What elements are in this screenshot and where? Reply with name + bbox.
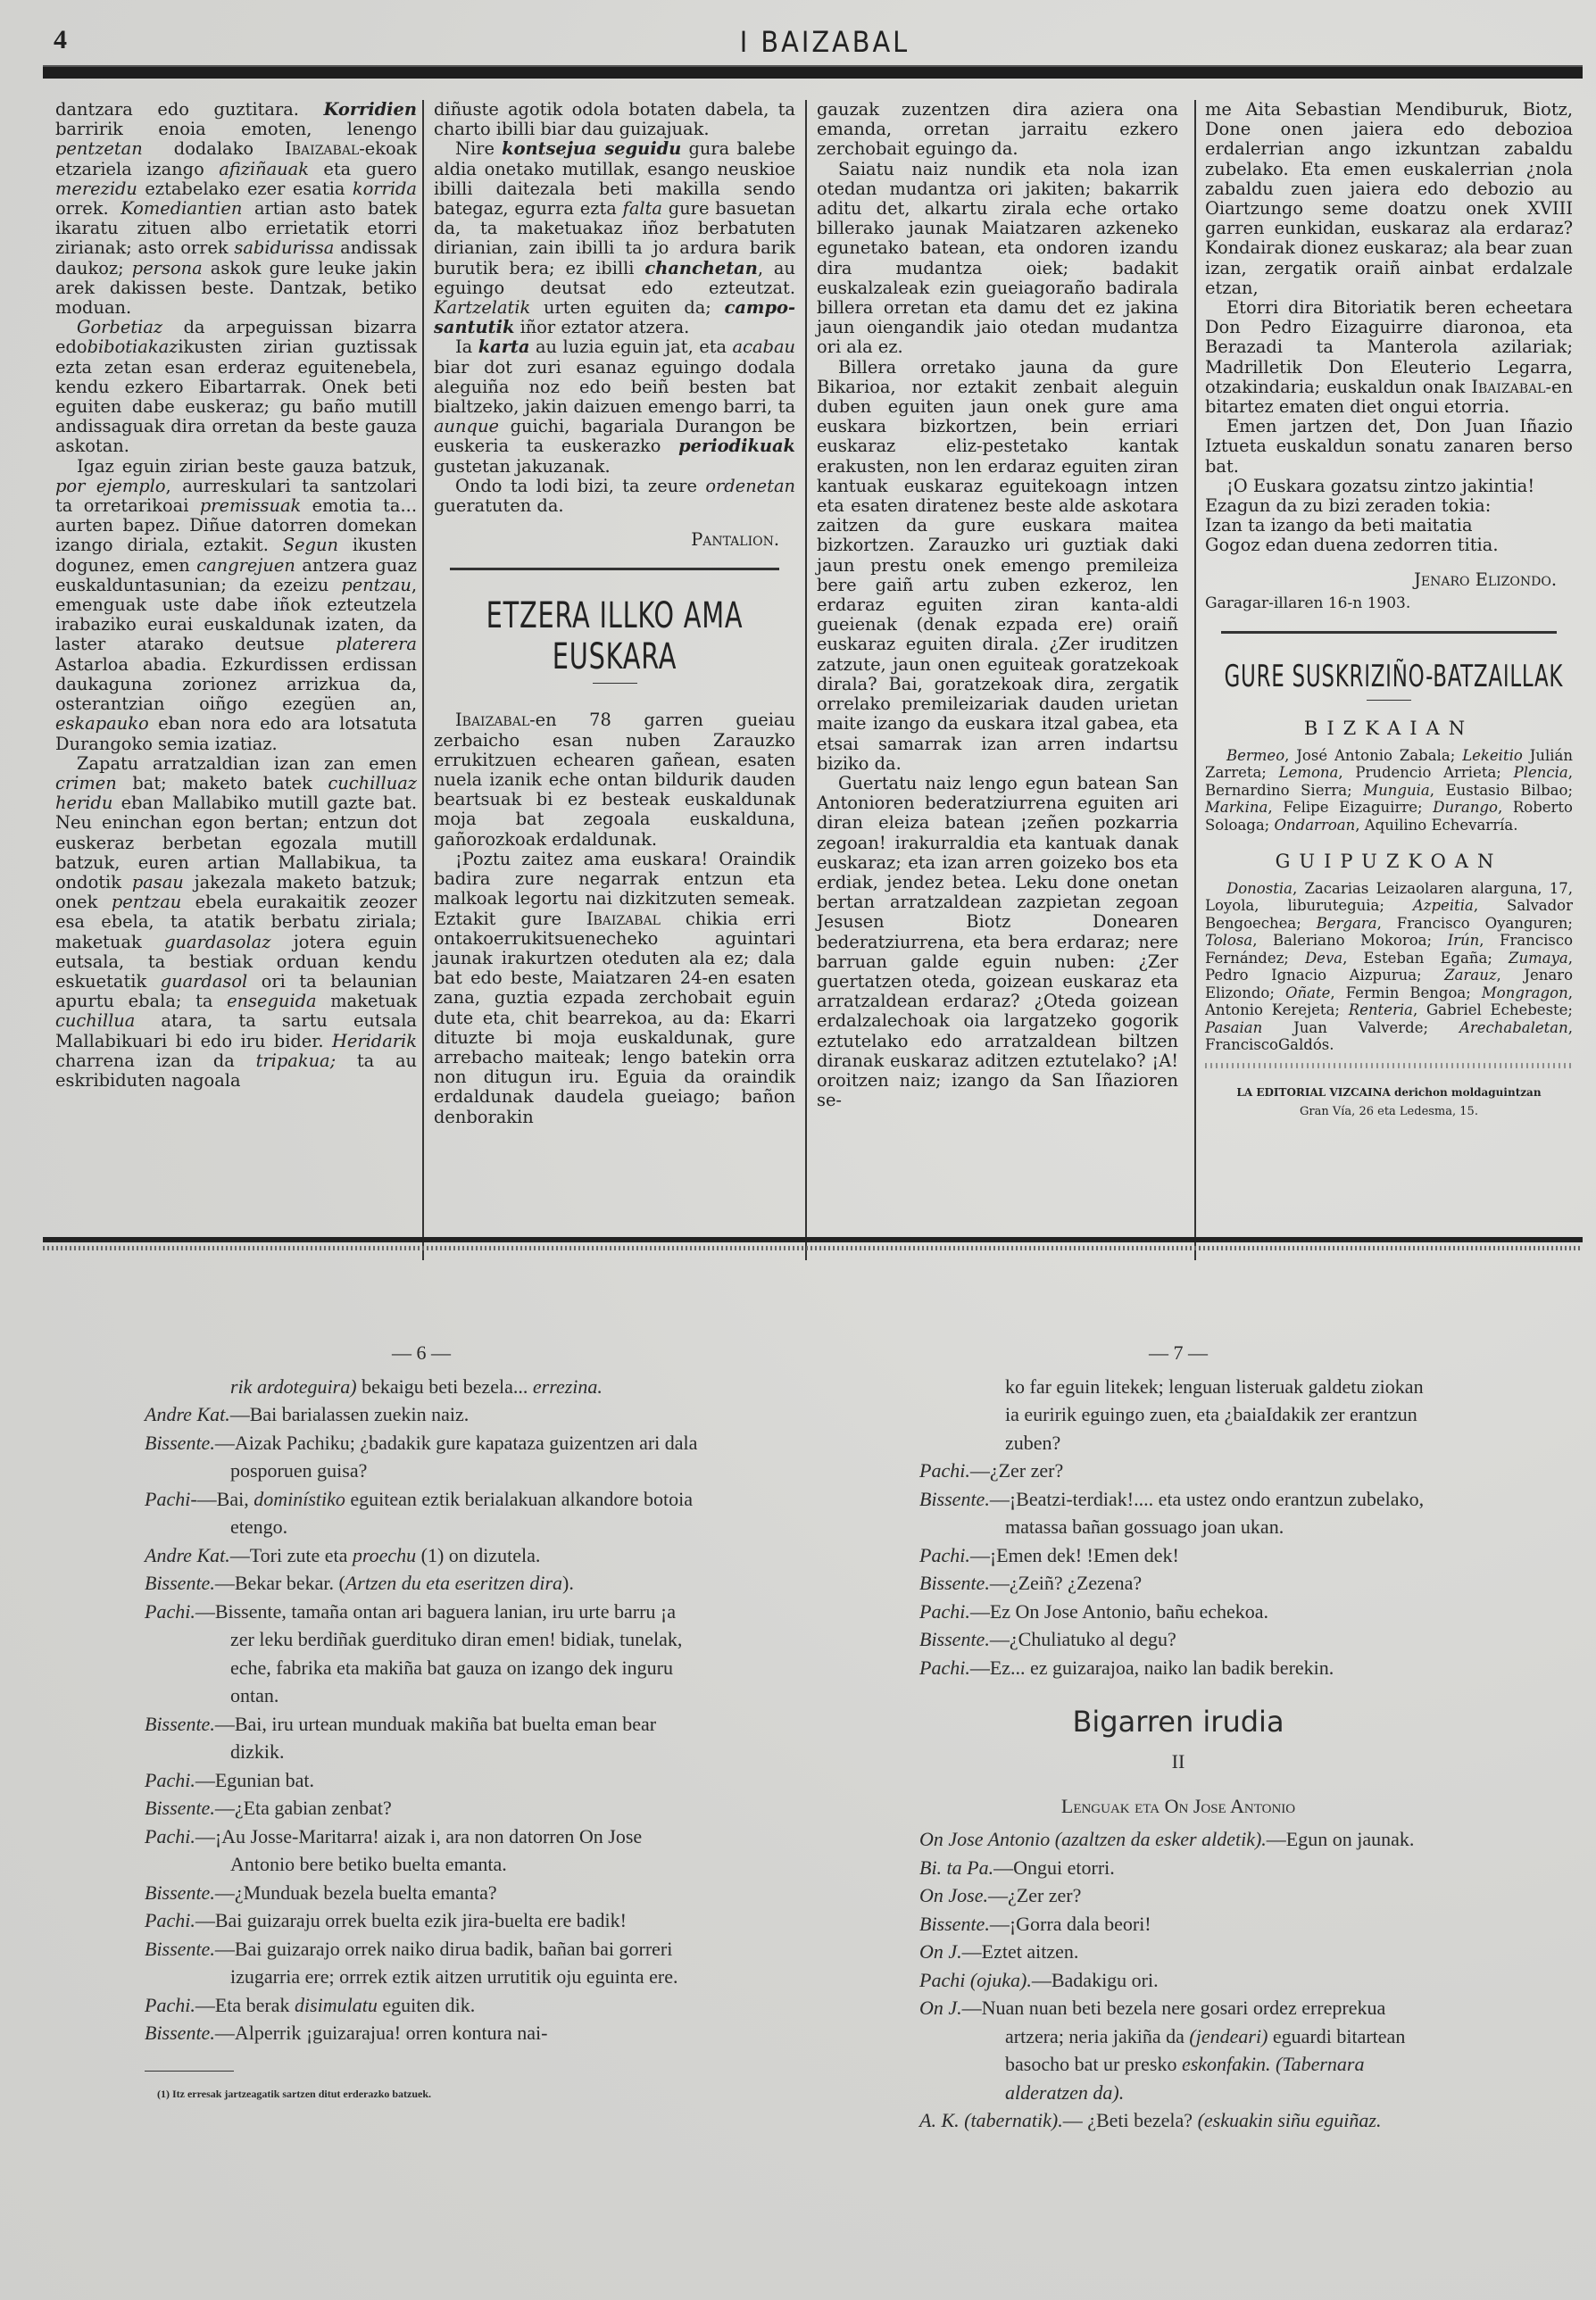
dialogue-text: —Nuan nuan beti bezela nere gosari ordez…: [962, 1997, 1406, 2104]
dialogue-text: —Aizak Pachiku; ¿badakik gure kapataza g…: [215, 1432, 698, 1482]
dialogue-text: ko far eguin litekek; lenguan listeruak …: [1005, 1375, 1424, 1454]
paragraph: gauzak zuzentzen dira aziera ona emanda,…: [817, 100, 1178, 160]
dialogue-text: —Bekar bekar. (Artzen du eta eseritzen d…: [215, 1572, 574, 1594]
scene-number: II: [919, 1748, 1437, 1776]
book-page-label: — 7 —: [919, 1339, 1437, 1367]
dialogue-line: On Jose.—¿Zer zer?: [919, 1881, 1437, 1910]
dialogue-line: Bissente.—¿Eta gabian zenbat?: [145, 1794, 698, 1823]
dialogue-text: —¿Zer zer?: [988, 1884, 1081, 1906]
dialogue-text: —¿Chuliatuko al degu?: [990, 1628, 1176, 1650]
dialogue-text: —¡Gorra dala beori!: [990, 1913, 1151, 1935]
speaker-name: Andre Kat.: [145, 1544, 230, 1566]
dialogue-text: —Badakigu ori.: [1032, 1969, 1159, 1991]
dateline: Garagar-illaren 16-n 1903.: [1205, 594, 1573, 613]
dialogue-line: Bi. ta Pa.—Ongui etorri.: [919, 1854, 1437, 1882]
dialogue-line: Andre Kat.—Tori zute eta proechu (1) on …: [145, 1541, 698, 1570]
paragraph: Ondo ta lodi bizi, ta zeure ordenetan gu…: [434, 477, 795, 516]
dialogue-line: Bissente.—Alperrik ¡guizarajua! orren ko…: [145, 2019, 698, 2047]
dialogue-line: Pachi.—Eta berak disimulatu eguiten dik.: [145, 1991, 698, 2020]
subscriber-list: Bermeo, José Antonio Zabala; Lekeitio Ju…: [1205, 747, 1573, 834]
dialogue-text: —¡Emen dek! !Emen dek!: [970, 1544, 1179, 1566]
dialogue-text: — ¿Beti bezela? (eskuakin siñu eguiñaz.: [1063, 2109, 1382, 2131]
paragraph: Nire kontsejua seguidu gura balebe aldia…: [434, 139, 795, 337]
dialogue-line: Pachi.—¡Emen dek! !Emen dek!: [919, 1541, 1437, 1570]
dialogue-line: On J.—Nuan nuan beti bezela nere gosari …: [919, 1994, 1437, 2106]
speaker-name: Bissente.: [145, 1797, 215, 1819]
speaker-name: A. K. (tabernatik).: [919, 2109, 1063, 2131]
column-rule: [1194, 100, 1196, 1260]
subscribers-title: GURE SUSKRIZIÑO-BATZAILLAK: [1225, 659, 1554, 694]
speaker-name: Pachi.: [145, 1994, 195, 2016]
book-page-6: — 6 — rik ardoteguira) bekaigu beti beze…: [145, 1339, 698, 2108]
speaker-name: Pachi.: [919, 1544, 970, 1566]
dialogue-line: On Jose Antonio (azaltzen da esker aldet…: [919, 1825, 1437, 1854]
dialogue-line: Pachi.—Bissente, tamaña ontan ari baguer…: [145, 1598, 698, 1710]
paragraph: Ibaizabal-en 78 garren gueiau zerbaicho …: [434, 710, 795, 849]
paragraph: Saiatu naiz nundik eta nola izan otedan …: [817, 160, 1178, 358]
dialogue-text: —Eta berak disimulatu eguiten dik.: [195, 1994, 475, 2016]
dialogue-text: —Bai, dominístiko eguitean eztik beriala…: [197, 1488, 693, 1539]
column-4: me Aita Sebastian Mendiburuk, Biotz, Don…: [1205, 100, 1573, 1122]
dialogue-line: rik ardoteguira) bekaigu beti bezela... …: [145, 1373, 698, 1401]
column-1: dantzara edo guztitara. Korridien barrir…: [55, 100, 417, 1091]
region-heading: GUIPUZKOAN: [1205, 853, 1573, 871]
speaker-name: Bissente.: [145, 1432, 215, 1454]
dialogue-line: Bissente.—Bai, iru urtean munduak makiña…: [145, 1710, 698, 1766]
speaker-name: Bissente.: [145, 1938, 215, 1960]
dialogue-line: Pachi.—¡Au Josse-Maritarra! aizak i, ara…: [145, 1823, 698, 1879]
dialogue-text: rik ardoteguira) bekaigu beti bezela... …: [230, 1375, 603, 1398]
dialogue-text: —Alperrik ¡guizarajua! orren kontura nai…: [215, 2022, 548, 2044]
dialogue-line: Bissente.—Bekar bekar. (Artzen du eta es…: [145, 1569, 698, 1598]
speaker-name: On J.: [919, 1997, 962, 2019]
dialogue-text: —¡Beatzi-terdiak!.... eta ustez ondo era…: [990, 1488, 1424, 1539]
paragraph: dantzara edo guztitara. Korridien barrir…: [55, 100, 417, 318]
dialogue-text: —Ez On Jose Antonio, bañu echekoa.: [970, 1600, 1268, 1623]
paragraph: diñuste agotik odola botaten dabela, ta …: [434, 100, 795, 139]
dialogue-text: —Egunian bat.: [195, 1769, 314, 1791]
printer-address: Gran Vía, 26 eta Ledesma, 15.: [1205, 1102, 1573, 1122]
paragraph: Etorri dira Bitoriatik beren echeetara D…: [1205, 298, 1573, 417]
paragraph: Guertatu naiz lengo egun batean San Anto…: [817, 774, 1178, 1110]
speaker-name: Pachi.: [145, 1825, 195, 1847]
dialogue-line: Pachi (ojuka).—Badakigu ori.: [919, 1966, 1437, 1995]
dialogue-line: On J.—Eztet aitzen.: [919, 1938, 1437, 1966]
dialogue-line: Andre Kat.—Bai barialassen zuekin naiz.: [145, 1400, 698, 1429]
column-rule: [805, 100, 807, 1260]
dialogue-text: —Egun on jaunak.: [1267, 1828, 1415, 1850]
poem-line: Ezagun da zu bizi zeraden tokia:: [1205, 496, 1573, 516]
speaker-name: Pachi-: [145, 1488, 197, 1510]
region-heading: BIZKAIAN: [1205, 720, 1573, 738]
dialogue-text: —Ez... ez guizarajoa, naiko lan badik be…: [970, 1656, 1334, 1679]
dialogue-text: —¿Zeiñ? ¿Zezena?: [990, 1572, 1142, 1594]
dialogue-line: Bissente.—¡Beatzi-terdiak!.... eta ustez…: [919, 1485, 1437, 1541]
dialogue-text: —¿Zer zer?: [970, 1459, 1063, 1482]
dialogue-line: ko far eguin litekek; lenguan listeruak …: [919, 1373, 1437, 1457]
dialogue-text: —Ongui etorri.: [993, 1856, 1115, 1879]
column-rule: [422, 100, 424, 1260]
dialogue-line: Pachi-—Bai, dominístiko eguitean eztik b…: [145, 1485, 698, 1541]
poem: ¡O Euskara gozatsu zintzo jakintia!Ezagu…: [1205, 477, 1573, 556]
dialogue-line: Pachi.—Bai guizaraju orrek buelta ezik j…: [145, 1906, 698, 1935]
book-page-7: — 7 — ko far eguin litekek; lenguan list…: [919, 1339, 1437, 2135]
title-underline: [1367, 700, 1411, 701]
dialogue-line: Pachi.—Egunian bat.: [145, 1766, 698, 1795]
speaker-name: Bi. ta Pa.: [919, 1856, 993, 1879]
page-divider-rule: [43, 1237, 1583, 1242]
section-rule: [1221, 631, 1557, 634]
footnote: (1) Itz erresak jartzeagatik sartzen dit…: [145, 2080, 698, 2109]
section-rule: [450, 568, 779, 570]
dialogue-line: A. K. (tabernatik).— ¿Beti bezela? (esku…: [919, 2106, 1437, 2135]
page-divider-ornament: [43, 1246, 1583, 1250]
book-page-label: — 6 —: [145, 1339, 698, 1367]
speaker-name: Pachi.: [919, 1459, 970, 1482]
dialogue-line: Bissente.—¿Chuliatuko al degu?: [919, 1625, 1437, 1654]
column-3: gauzak zuzentzen dira aziera ona emanda,…: [817, 100, 1178, 1110]
paragraph: Zapatu arratzaldian izan zan emen crimen…: [55, 754, 417, 1091]
speaker-name: Bissente.: [145, 1572, 215, 1594]
speaker-name: Bissente.: [145, 1713, 215, 1735]
masthead-title: I BAIZABAL: [54, 25, 1596, 59]
poem-line: Izan ta izango da beti maitatia: [1205, 516, 1573, 536]
signature-pantalion: Pantalion.: [434, 530, 779, 550]
dialogue-text: —Bai guizaraju orrek buelta ezik jira-bu…: [195, 1909, 627, 1931]
dialogue-line: Bissente.—Bai guizarajo orrek naiko diru…: [145, 1935, 698, 1991]
ornamental-rule: [1205, 1063, 1573, 1068]
speaker-name: Andre Kat.: [145, 1403, 230, 1425]
dialogue-text: —¿Munduak bezela buelta emanta?: [215, 1881, 497, 1904]
dialogue-text: —Bai guizarajo orrek naiko dirua badik, …: [215, 1938, 678, 1989]
scene-subtitle: Lenguak eta On Jose Antonio: [919, 1792, 1437, 1821]
speaker-name: Pachi (ojuka).: [919, 1969, 1032, 1991]
paragraph: me Aita Sebastian Mendiburuk, Biotz, Don…: [1205, 100, 1573, 298]
header-rule: [43, 65, 1583, 79]
speaker-name: Bissente.: [919, 1488, 990, 1510]
signature-elizondo: Jenaro Elizondo.: [1205, 570, 1557, 590]
speaker-name: Pachi.: [145, 1600, 195, 1623]
dialogue-text: —¿Eta gabian zenbat?: [215, 1797, 392, 1819]
dialogue-text: —Tori zute eta proechu (1) on dizutela.: [230, 1544, 541, 1566]
speaker-name: Pachi.: [919, 1656, 970, 1679]
speaker-name: Pachi.: [145, 1769, 195, 1791]
paragraph: Ia karta au luzia eguin jat, eta acabau …: [434, 337, 795, 476]
paragraph: ¡Poztu zaitez ama euskara! Oraindik badi…: [434, 850, 795, 1127]
scene-title: Bigarren irudia: [919, 1705, 1437, 1739]
subscriber-list: Donostia, Zacarias Leizaolaren alarguna,…: [1205, 880, 1573, 1054]
speaker-name: On Jose Antonio (azaltzen da esker aldet…: [919, 1828, 1267, 1850]
paragraph: Billera orretako jauna da gure Bikarioa,…: [817, 358, 1178, 774]
footnote-rule: [145, 2071, 234, 2072]
article-headline: ETZERA ILLKO AMA EUSKARA: [470, 595, 760, 677]
speaker-name: On Jose.: [919, 1884, 988, 1906]
dialogue-line: Pachi.—¿Zer zer?: [919, 1457, 1437, 1485]
speaker-name: Pachi.: [145, 1909, 195, 1931]
dialogue-text: —Bai barialassen zuekin naiz.: [230, 1403, 470, 1425]
paragraph: Gorbetiaz da arpeguissan bizarra edobibo…: [55, 318, 417, 456]
printer-imprint: LA EDITORIAL VIZCAINA derichon moldaguin…: [1205, 1083, 1573, 1102]
paragraph: Igaz eguin zirian beste gauza batzuk, po…: [55, 457, 417, 754]
page-header: 4 I BAIZABAL: [54, 25, 1596, 61]
dialogue-text: —¡Au Josse-Maritarra! aizak i, ara non d…: [195, 1825, 642, 1876]
dialogue-text: —Bai, iru urtean munduak makiña bat buel…: [215, 1713, 656, 1764]
speaker-name: Bissente.: [145, 2022, 215, 2044]
speaker-name: Bissente.: [919, 1913, 990, 1935]
speaker-name: Pachi.: [919, 1600, 970, 1623]
paragraph: Emen jartzen det, Don Juan Iñazio Iztuet…: [1205, 417, 1573, 477]
dialogue-line: Bissente.—Aizak Pachiku; ¿badakik gure k…: [145, 1429, 698, 1485]
dialogue-line: Pachi.—Ez On Jose Antonio, bañu echekoa.: [919, 1598, 1437, 1626]
headline-underline: [593, 683, 637, 684]
poem-line: Gogoz edan duena zedorren titia.: [1205, 536, 1573, 555]
speaker-name: Bissente.: [919, 1572, 990, 1594]
speaker-name: Bissente.: [145, 1881, 215, 1904]
column-2: diñuste agotik odola botaten dabela, ta …: [434, 100, 795, 1127]
poem-line: ¡O Euskara gozatsu zintzo jakintia!: [1205, 477, 1573, 496]
dialogue-line: Bissente.—¡Gorra dala beori!: [919, 1910, 1437, 1939]
dialogue-text: —Bissente, tamaña ontan ari baguera lani…: [195, 1600, 683, 1707]
dialogue-line: Bissente.—¿Munduak bezela buelta emanta?: [145, 1879, 698, 1907]
dialogue-line: Bissente.—¿Zeiñ? ¿Zezena?: [919, 1569, 1437, 1598]
speaker-name: On J.: [919, 1940, 962, 1963]
dialogue-line: Pachi.—Ez... ez guizarajoa, naiko lan ba…: [919, 1654, 1437, 1682]
dialogue-text: —Eztet aitzen.: [962, 1940, 1079, 1963]
speaker-name: Bissente.: [919, 1628, 990, 1650]
